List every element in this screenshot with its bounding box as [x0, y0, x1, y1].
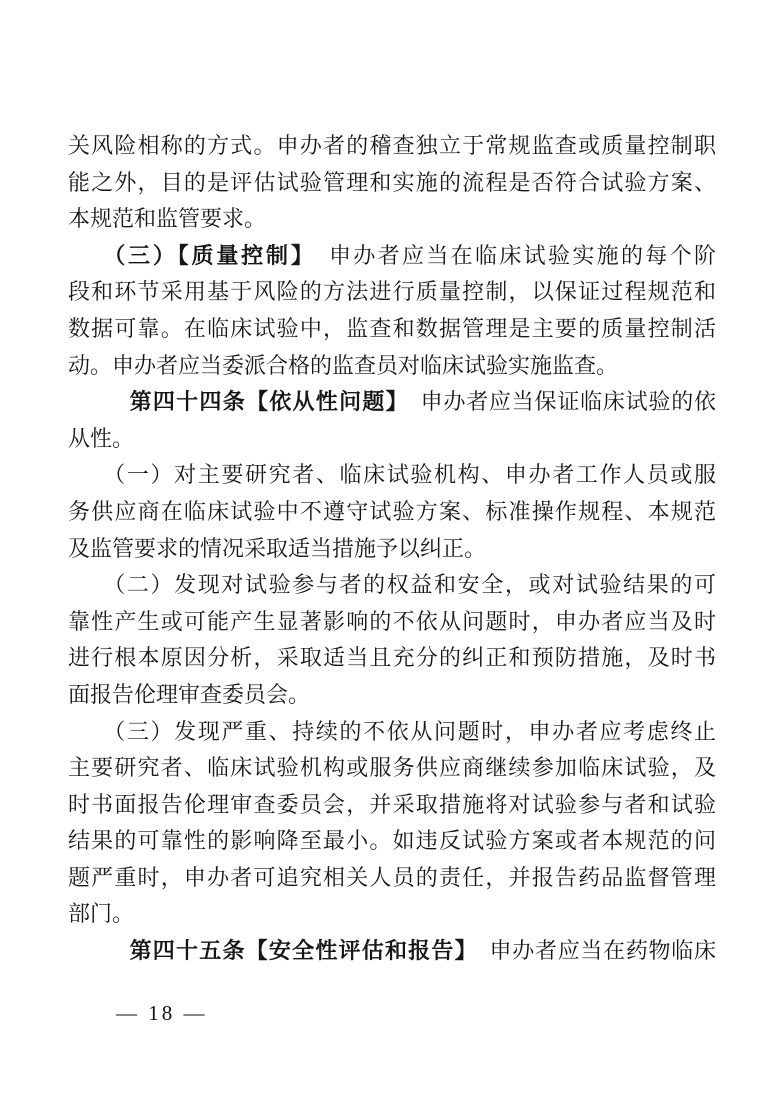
- text-line: 本规范和监管要求。: [68, 201, 716, 238]
- paragraph-article-44: 第四十四条【依从性问题】 申办者应当保证临床试验的依 从性。: [68, 384, 716, 457]
- text-line: 题严重时，申办者可追究相关人员的责任，并报告药品监督管理: [68, 860, 716, 897]
- text-line: 时书面报告伦理审查委员会，并采取措施将对试验参与者和试验: [68, 787, 716, 824]
- paragraph-item-1: （一）对主要研究者、临床试验机构、申办者工作人员或服 务供应商在临床试验中不遵守…: [68, 457, 716, 567]
- text-line: 第四十四条【依从性问题】 申办者应当保证临床试验的依: [68, 384, 716, 421]
- text-line: 主要研究者、临床试验机构或服务供应商继续参加临床试验，及: [68, 750, 716, 787]
- text-span: 申办者应当在药物临床: [467, 938, 716, 963]
- text-line: 靠性产生或可能产生显著影响的不依从问题时，申办者应当及时: [68, 604, 716, 641]
- page-number: — 18 —: [116, 1001, 208, 1026]
- text-line: 进行根本原因分析，采取适当且充分的纠正和预防措施，及时书: [68, 640, 716, 677]
- text-line: 面报告伦理审查委员会。: [68, 677, 716, 714]
- paragraph-audit-continuation: 关风险相称的方式。申办者的稽查独立于常规监查或质量控制职 能之外，目的是评估试验…: [68, 128, 716, 238]
- text-line: 第四十五条【安全性评估和报告】 申办者应当在药物临床: [68, 933, 716, 970]
- text-line: 段和环节采用基于风险的方法进行质量控制，以保证过程规范和: [68, 274, 716, 311]
- paragraph-quality-control: （三）【质量控制】 申办者应当在临床试验实施的每个阶 段和环节采用基于风险的方法…: [68, 238, 716, 384]
- text-span: 申办者应当保证临床试验的依: [398, 389, 716, 414]
- text-line: （三）【质量控制】 申办者应当在临床试验实施的每个阶: [68, 238, 716, 275]
- text-line: 从性。: [68, 421, 716, 458]
- paragraph-item-2: （二）发现对试验参与者的权益和安全，或对试验结果的可 靠性产生或可能产生显著影响…: [68, 567, 716, 713]
- article-heading: 第四十四条【依从性问题】: [130, 389, 398, 414]
- article-heading: 第四十五条【安全性评估和报告】: [130, 938, 467, 963]
- text-line: （一）对主要研究者、临床试验机构、申办者工作人员或服: [68, 457, 716, 494]
- text-line: 结果的可靠性的影响降至最小。如违反试验方案或者本规范的问: [68, 823, 716, 860]
- paragraph-item-3: （三）发现严重、持续的不依从问题时，申办者应考虑终止 主要研究者、临床试验机构或…: [68, 714, 716, 934]
- text-line: 部门。: [68, 896, 716, 933]
- text-line: 能之外，目的是评估试验管理和实施的流程是否符合试验方案、: [68, 165, 716, 202]
- clause-heading: （三）【质量控制】: [103, 243, 304, 268]
- text-line: 关风险相称的方式。申办者的稽查独立于常规监查或质量控制职: [68, 128, 716, 165]
- text-line: 务供应商在临床试验中不遵守试验方案、标准操作规程、本规范: [68, 494, 716, 531]
- paragraph-article-45: 第四十五条【安全性评估和报告】 申办者应当在药物临床: [68, 933, 716, 970]
- text-line: （二）发现对试验参与者的权益和安全，或对试验结果的可: [68, 567, 716, 604]
- text-line: 及监管要求的情况采取适当措施予以纠正。: [68, 531, 716, 568]
- text-span: 申办者应当在临床试验实施的每个阶: [305, 243, 716, 268]
- text-line: 动。申办者应当委派合格的监查员对临床试验实施监查。: [68, 348, 716, 385]
- text-line: 数据可靠。在临床试验中，监查和数据管理是主要的质量控制活: [68, 311, 716, 348]
- document-page: 关风险相称的方式。申办者的稽查独立于常规监查或质量控制职 能之外，目的是评估试验…: [0, 0, 781, 1105]
- document-body: 关风险相称的方式。申办者的稽查独立于常规监查或质量控制职 能之外，目的是评估试验…: [68, 128, 716, 970]
- text-line: （三）发现严重、持续的不依从问题时，申办者应考虑终止: [68, 714, 716, 751]
